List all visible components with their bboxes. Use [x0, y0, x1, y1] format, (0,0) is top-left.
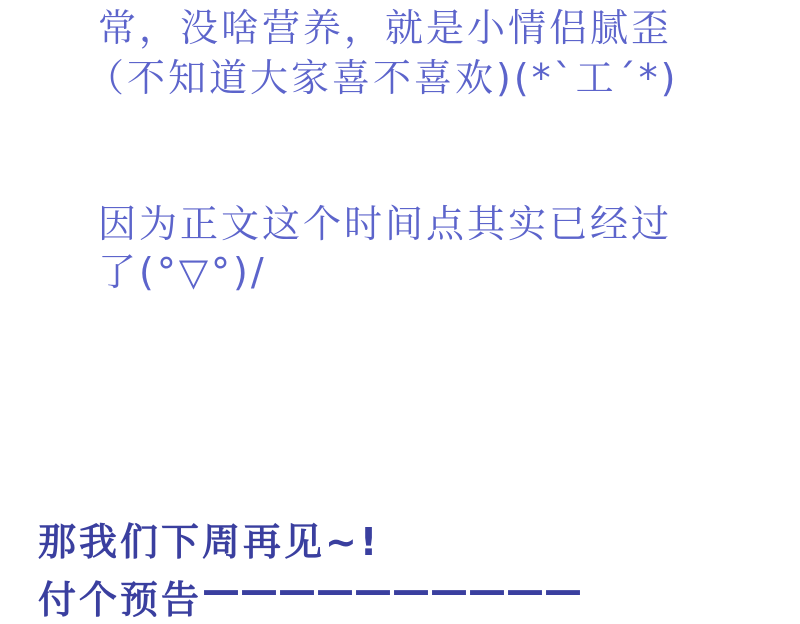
preview-dash-line: —————————— — [202, 566, 582, 614]
afterword-para1-line1: 常，没啥营养，就是小情侣腻歪 — [98, 4, 672, 52]
afterword-para2-line2-kaomoji: 了(°▽°)/ — [98, 248, 267, 296]
afterword-footer-line1: 那我们下周再见~! — [38, 518, 380, 566]
afterword-footer-line2: 付个预告—————————— — [38, 566, 582, 624]
afterword-para2-line1: 因为正文这个时间点其实已经过 — [98, 200, 672, 248]
comic-afterword-page: 常，没啥营养，就是小情侣腻歪 （不知道大家喜不喜欢)(*`工´*) 因为正文这个… — [0, 0, 800, 624]
afterword-para1-line2: （不知道大家喜不喜欢)(*`工´*) — [86, 54, 678, 102]
preview-label: 付个预告 — [38, 578, 202, 622]
